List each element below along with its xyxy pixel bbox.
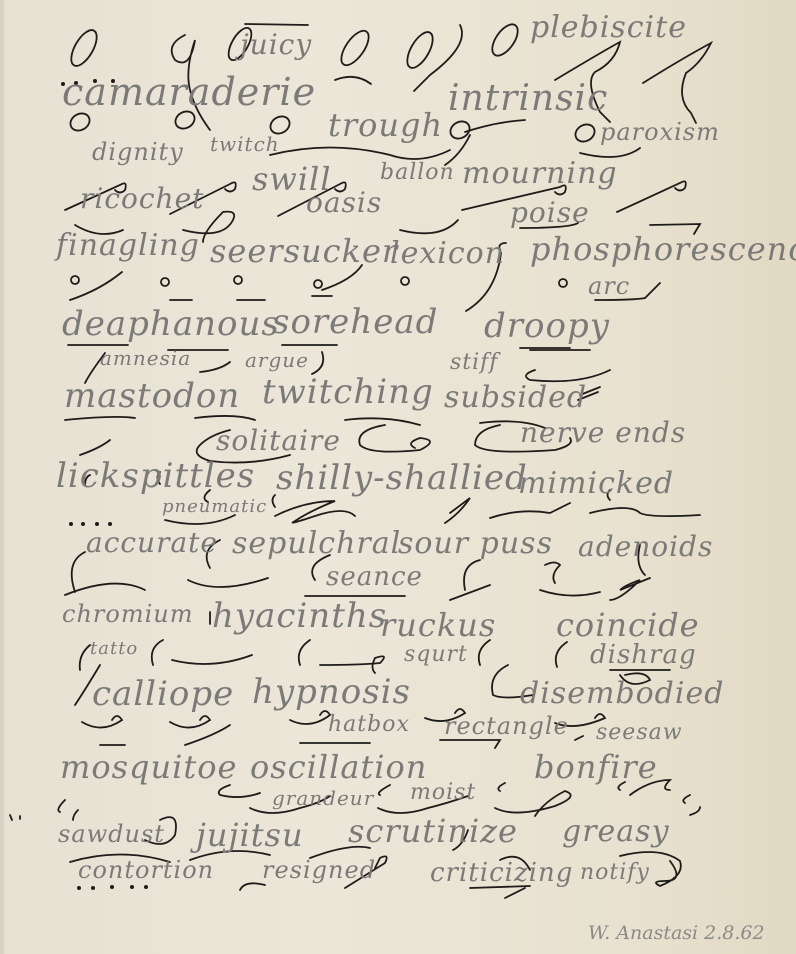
handwritten-word: solitaire — [216, 424, 341, 457]
handwritten-word: ricochet — [80, 182, 204, 215]
handwritten-word: greasy — [562, 814, 670, 849]
handwritten-word: mastodon — [64, 376, 240, 416]
handwritten-word: paroxism — [600, 118, 720, 146]
handwritten-word: sorehead — [272, 302, 438, 342]
handwritten-word: lickspittles — [56, 456, 255, 496]
handwritten-word: twitch — [210, 132, 280, 156]
handwritten-word: amnesia — [100, 346, 191, 370]
handwritten-word: nerve ends — [520, 416, 686, 449]
handwritten-word: squrt — [404, 642, 468, 667]
handwritten-word: stiff — [450, 350, 498, 375]
handwritten-word: scrutinize — [348, 812, 518, 850]
handwritten-word: deaphanous — [62, 304, 280, 344]
handwritten-word: rectangle — [444, 712, 569, 740]
handwritten-word: seance — [326, 562, 423, 592]
handwritten-word: seersucker — [210, 232, 398, 270]
handwritten-word: coincide — [556, 606, 700, 644]
handwritten-word: notify — [580, 860, 650, 885]
handwritten-word: lexicon — [390, 236, 505, 271]
handwritten-word: trough — [328, 106, 443, 144]
handwritten-word: argue — [245, 348, 309, 372]
handwritten-word: poise — [510, 196, 590, 229]
handwritten-word: mourning — [462, 156, 618, 191]
handwritten-word: moist — [410, 780, 476, 805]
handwritten-word: sepulchral — [232, 526, 401, 561]
handwritten-word: contortion — [78, 856, 214, 884]
handwritten-word: mimicked — [518, 466, 674, 501]
handwritten-word: subsided — [444, 380, 587, 415]
handwritten-word: disembodied — [520, 676, 724, 711]
handwritten-word: oscillation — [250, 748, 427, 786]
handwritten-word: ruckus — [380, 606, 496, 644]
handwritten-word: mosquitoe — [60, 748, 237, 786]
handwritten-word: camaraderie — [62, 70, 316, 114]
handwritten-word: pneumatic — [162, 496, 267, 517]
handwritten-word: finagling — [56, 228, 200, 263]
handwritten-word: resigned — [262, 856, 376, 884]
handwritten-word: sawdust — [58, 820, 165, 848]
handwritten-word: oasis — [306, 186, 382, 219]
handwritten-word: criticizing — [430, 858, 573, 888]
handwritten-word: juicy — [240, 28, 312, 61]
handwritten-word: phosphorescence — [530, 230, 796, 268]
handwritten-word: droopy — [484, 306, 610, 346]
handwritten-word: calliope — [92, 674, 234, 714]
handwritten-word: dignity — [92, 138, 184, 166]
handwritten-word: plebiscite — [530, 10, 687, 45]
handwritten-word: twitching — [262, 372, 434, 412]
handwritten-word: ballon — [380, 160, 455, 185]
artist-signature: W. Anastasi 2.8.62 — [588, 922, 765, 944]
handwritten-word: accurate — [86, 526, 218, 559]
handwritten-word: intrinsic — [448, 78, 608, 119]
handwritten-word: hatbox — [328, 712, 410, 737]
handwritten-word: hyacinths — [212, 596, 387, 636]
handwritten-word: hypnosis — [252, 672, 411, 712]
handwritten-word: chromium — [62, 600, 193, 628]
handwritten-word: adenoids — [578, 530, 713, 563]
o-loop-icon — [66, 26, 102, 70]
handwritten-word: jujitsu — [196, 816, 304, 854]
handwritten-word: grandeur — [272, 786, 374, 810]
handwritten-word: dishrag — [590, 640, 697, 670]
handwritten-word: arc — [588, 272, 630, 300]
handwritten-word: tatto — [90, 638, 138, 659]
handwritten-word: shilly-shallied — [276, 458, 528, 498]
handwritten-word: seesaw — [596, 720, 683, 745]
handwritten-word: sour puss — [398, 526, 553, 561]
handwritten-word: bonfire — [534, 748, 658, 786]
